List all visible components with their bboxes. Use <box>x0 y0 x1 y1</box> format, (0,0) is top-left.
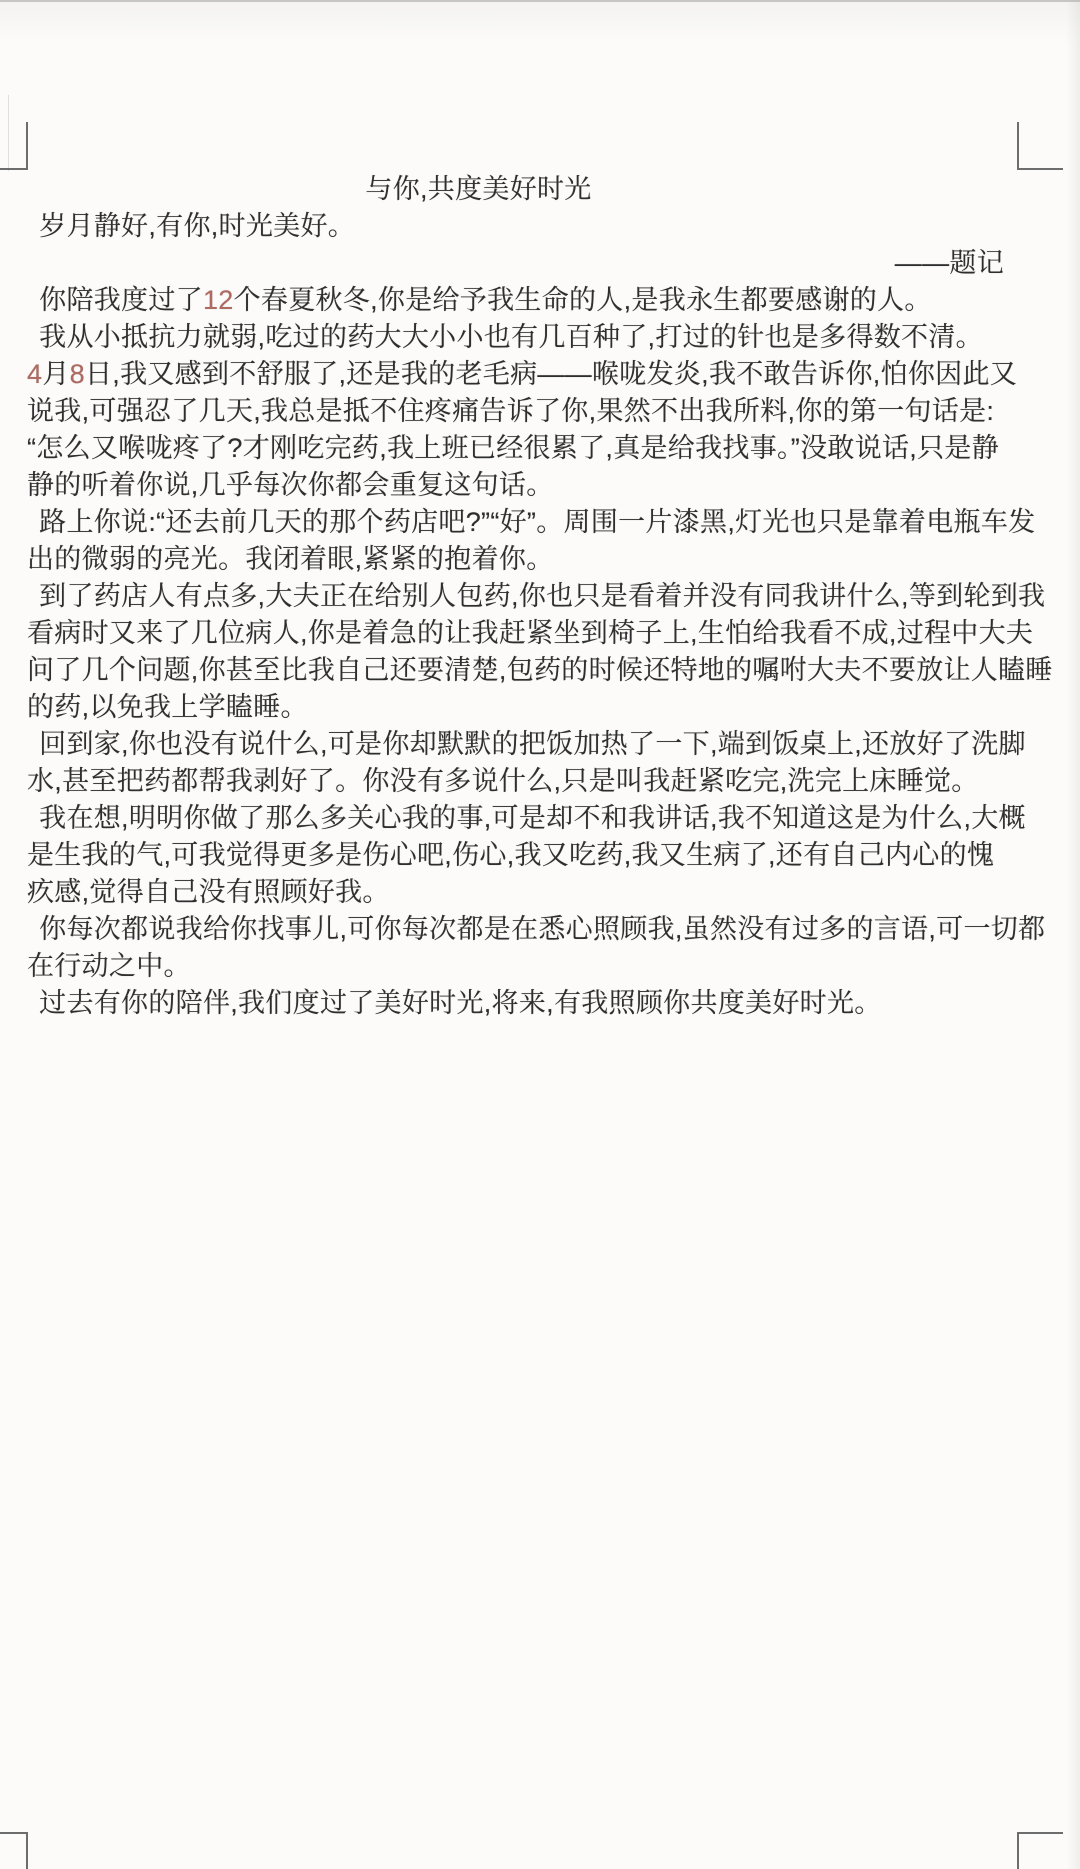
text-run: 是生我的气,可我觉得更多是伤心吧,伤心,我又吃药,我又生病了,还有自己内心的愧 <box>27 840 994 870</box>
highlighted-number: 12 <box>203 285 234 315</box>
text-line: 看病时又来了几位病人,你是着急的让我赶紧坐到椅子上,生怕给我看不成,过程中大夫 <box>27 615 1018 652</box>
text-line: 疚感,觉得自己没有照顾好我。 <box>27 874 1018 911</box>
text-run: “怎么又喉咙疼了?才刚吃完药,我上班已经很累了,真是给我找事。”没敢说话,只是静 <box>27 433 999 463</box>
essay-title: 与你,共度美好时光 <box>27 171 1018 208</box>
paragraph: 到了药店人有点多,大夫正在给别人包药,你也只是看着并没有同我讲什么,等到轮到我看… <box>27 578 1018 726</box>
text-run: 我从小抵抗力就弱,吃过的药大大小小也有几百种了,打过的针也是多得数不清。 <box>39 322 983 352</box>
text-run: 过去有你的陪伴,我们度过了美好时光,将来,有我照顾你共度美好时光。 <box>39 988 881 1018</box>
epigraph-attribution: ——题记 <box>27 245 1018 282</box>
text-line: 4月8日,我又感到不舒服了,还是我的老毛病——喉咙发炎,我不敢告诉你,怕你因此又 <box>27 356 1018 393</box>
text-line: 说我,可强忍了几天,我总是抵不住疼痛告诉了你,果然不出我所料,你的第一句话是: <box>27 393 1018 430</box>
epigraph: 岁月静好,有你,时光美好。 <box>27 208 1018 245</box>
text-run: 疚感,觉得自己没有照顾好我。 <box>27 877 390 907</box>
text-line: 过去有你的陪伴,我们度过了美好时光,将来,有我照顾你共度美好时光。 <box>27 985 1018 1022</box>
text-run: 在行动之中。 <box>27 951 191 981</box>
text-run: 月 <box>42 359 69 389</box>
text-line: 问了几个问题,你甚至比我自己还要清楚,包药的时候还特地的嘱咐大夫不要放让人瞌睡 <box>27 652 1018 689</box>
text-run: 你陪我度过了 <box>39 285 203 315</box>
text-line: 出的微弱的亮光。我闭着眼,紧紧的抱着你。 <box>27 541 1018 578</box>
text-line: 回到家,你也没有说什么,可是你却默默的把饭加热了一下,端到饭桌上,还放好了洗脚 <box>27 726 1018 763</box>
text-run: 的药,以免我上学瞌睡。 <box>27 692 308 722</box>
text-boundary-mark-top-left <box>0 122 28 170</box>
text-line: 在行动之中。 <box>27 948 1018 985</box>
photo-top-shading <box>0 2 1080 44</box>
text-line: 路上你说:“还去前几天的那个药店吧?”“好”。周围一片漆黑,灯光也只是靠着电瓶车… <box>27 504 1018 541</box>
text-boundary-mark-bottom-right <box>1017 1832 1063 1869</box>
text-run: 静的听着你说,几乎每次你都会重复这句话。 <box>27 470 554 500</box>
text-run: 到了药店人有点多,大夫正在给别人包药,你也只是看着并没有同我讲什么,等到轮到我 <box>39 581 1045 611</box>
text-run: 水,甚至把药都帮我剥好了。你没有多说什么,只是叫我赶紧吃完,洗完上床睡觉。 <box>27 766 979 796</box>
text-boundary-mark-top-right <box>1017 122 1063 170</box>
text-boundary-mark-bottom-left <box>0 1832 28 1869</box>
text-run: 出的微弱的亮光。我闭着眼,紧紧的抱着你。 <box>27 544 554 574</box>
text-run: 回到家,你也没有说什么,可是你却默默的把饭加热了一下,端到饭桌上,还放好了洗脚 <box>39 729 1026 759</box>
text-line: 水,甚至把药都帮我剥好了。你没有多说什么,只是叫我赶紧吃完,洗完上床睡觉。 <box>27 763 1018 800</box>
text-line: 的药,以免我上学瞌睡。 <box>27 689 1018 726</box>
text-line: 是生我的气,可我觉得更多是伤心吧,伤心,我又吃药,我又生病了,还有自己内心的愧 <box>27 837 1018 874</box>
paragraph: 我从小抵抗力就弱,吃过的药大大小小也有几百种了,打过的针也是多得数不清。 <box>27 319 1018 356</box>
text-run: 你每次都说我给你找事儿,可你每次都是在悉心照顾我,虽然没有过多的言语,可一切都 <box>39 914 1045 944</box>
text-line: 静的听着你说,几乎每次你都会重复这句话。 <box>27 467 1018 504</box>
text-line: “怎么又喉咙疼了?才刚吃完药,我上班已经很累了,真是给我找事。”没敢说话,只是静 <box>27 430 1018 467</box>
text-run: 路上你说:“还去前几天的那个药店吧?”“好”。周围一片漆黑,灯光也只是靠着电瓶车… <box>39 507 1035 537</box>
text-line: 我从小抵抗力就弱,吃过的药大大小小也有几百种了,打过的针也是多得数不清。 <box>27 319 1018 356</box>
paragraph: 你每次都说我给你找事儿,可你每次都是在悉心照顾我,虽然没有过多的言语,可一切都在… <box>27 911 1018 985</box>
essay: 与你,共度美好时光 岁月静好,有你,时光美好。 ——题记 你陪我度过了12个春夏… <box>27 171 1018 1022</box>
highlighted-number: 4 <box>27 359 42 389</box>
paragraph: 我在想,明明你做了那么多关心我的事,可是却不和我讲话,我不知道这是为什么,大概是… <box>27 800 1018 911</box>
text-line: 到了药店人有点多,大夫正在给别人包药,你也只是看着并没有同我讲什么,等到轮到我 <box>27 578 1018 615</box>
text-run: 个春夏秋冬,你是给予我生命的人,是我永生都要感谢的人。 <box>234 285 932 315</box>
photo-right-shading <box>1066 0 1080 1869</box>
paragraph: 你陪我度过了12个春夏秋冬,你是给予我生命的人,是我永生都要感谢的人。 <box>27 282 1018 319</box>
highlighted-number: 8 <box>70 359 85 389</box>
paragraph: 回到家,你也没有说什么,可是你却默默的把饭加热了一下,端到饭桌上,还放好了洗脚水… <box>27 726 1018 800</box>
text-line: 你陪我度过了12个春夏秋冬,你是给予我生命的人,是我永生都要感谢的人。 <box>27 282 1018 319</box>
paragraph: 4月8日,我又感到不舒服了,还是我的老毛病——喉咙发炎,我不敢告诉你,怕你因此又… <box>27 356 1018 504</box>
text-line: 我在想,明明你做了那么多关心我的事,可是却不和我讲话,我不知道这是为什么,大概 <box>27 800 1018 837</box>
text-run: 看病时又来了几位病人,你是着急的让我赶紧坐到椅子上,生怕给我看不成,过程中大夫 <box>27 618 1033 648</box>
essay-body: 你陪我度过了12个春夏秋冬,你是给予我生命的人,是我永生都要感谢的人。我从小抵抗… <box>27 282 1018 1022</box>
text-run: 问了几个问题,你甚至比我自己还要清楚,包药的时候还特地的嘱咐大夫不要放让人瞌睡 <box>27 655 1053 685</box>
text-run: 说我,可强忍了几天,我总是抵不住疼痛告诉了你,果然不出我所料,你的第一句话是: <box>27 396 994 426</box>
text-run: 日,我又感到不舒服了,还是我的老毛病——喉咙发炎,我不敢告诉你,怕你因此又 <box>85 359 1017 389</box>
text-run: 我在想,明明你做了那么多关心我的事,可是却不和我讲话,我不知道这是为什么,大概 <box>39 803 1026 833</box>
text-line: 你每次都说我给你找事儿,可你每次都是在悉心照顾我,虽然没有过多的言语,可一切都 <box>27 911 1018 948</box>
paragraph: 过去有你的陪伴,我们度过了美好时光,将来,有我照顾你共度美好时光。 <box>27 985 1018 1022</box>
paragraph: 路上你说:“还去前几天的那个药店吧?”“好”。周围一片漆黑,灯光也只是靠着电瓶车… <box>27 504 1018 578</box>
